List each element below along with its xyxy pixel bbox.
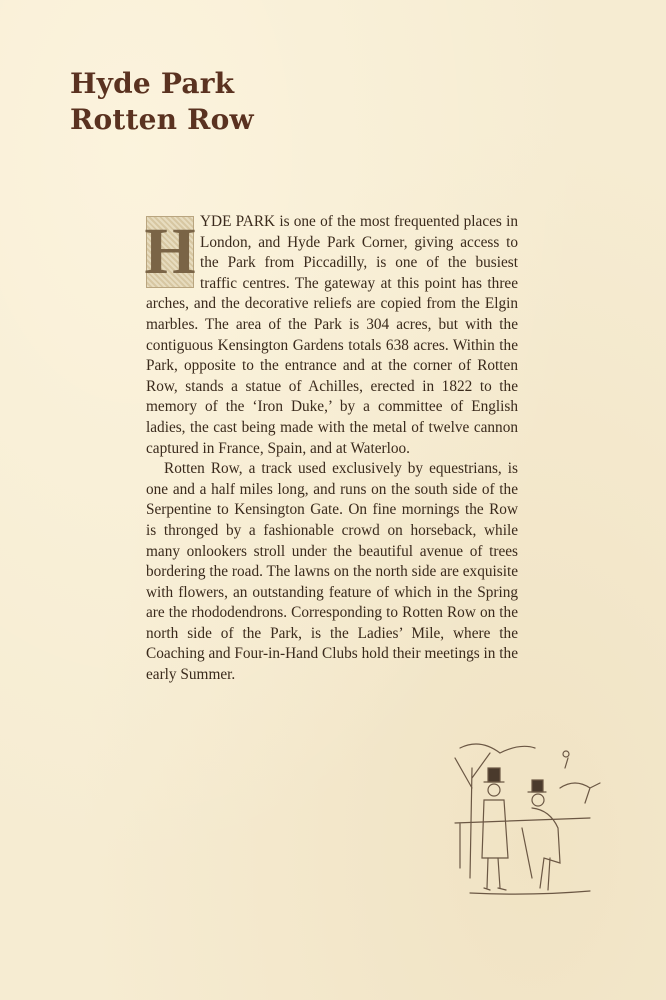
- article-body: H YDE PARK is one of the most frequented…: [146, 212, 518, 686]
- title-line-1: Hyde Park: [70, 66, 254, 102]
- dropcap-letter: H: [147, 217, 193, 287]
- ornamental-dropcap-icon: H: [146, 216, 194, 288]
- page-title: Hyde Park Rotten Row: [70, 66, 254, 138]
- paragraph-rotten-row: Rotten Row, a track used exclusively by …: [146, 459, 518, 686]
- title-line-2: Rotten Row: [70, 102, 254, 138]
- gentlemen-sketch-illustration: [440, 728, 610, 908]
- paragraph-hyde-park: YDE PARK is one of the most frequented p…: [146, 212, 518, 459]
